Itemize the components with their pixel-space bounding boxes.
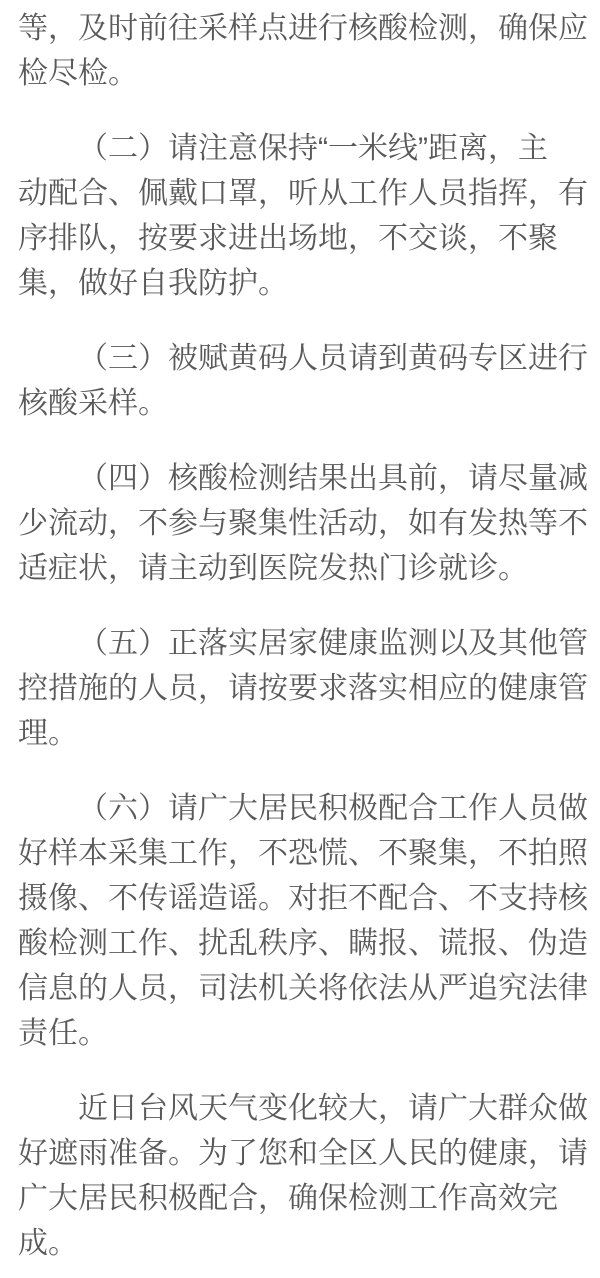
text-line: 核酸采样。: [18, 381, 590, 426]
paragraph-item-5: （五）正落实居家健康监测以及其他管 控措施的人员，请按要求落实相应的健康管 理。: [18, 621, 590, 756]
text-line: 理。: [18, 711, 590, 756]
text-line: 控措施的人员，请按要求落实相应的健康管: [18, 666, 590, 711]
text-line: 序排队，按要求进出场地，不交谈，不聚: [18, 216, 590, 261]
text-line: 好样本采集工作，不恐慌、不聚集，不拍照: [18, 831, 590, 876]
text-line: 信息的人员，司法机关将依法从严追究法律: [18, 966, 590, 1011]
text-line: 少流动，不参与聚集性活动，如有发热等不: [18, 501, 590, 546]
text-line: 集，做好自我防护。: [18, 261, 590, 306]
text-line: 酸检测工作、扰乱秩序、瞒报、谎报、伪造: [18, 921, 590, 966]
text-line: （三）被赋黄码人员请到黄码专区进行: [18, 336, 590, 381]
text-line: 摄像、不传谣造谣。对拒不配合、不支持核: [18, 876, 590, 921]
text-line: 近日台风天气变化较大，请广大群众做: [18, 1086, 590, 1131]
text-line: 动配合、佩戴口罩，听从工作人员指挥，有: [18, 171, 590, 216]
text-line: 好遮雨准备。为了您和全区人民的健康，请: [18, 1131, 590, 1176]
paragraph-item-6: （六）请广大居民积极配合工作人员做 好样本采集工作，不恐慌、不聚集，不拍照 摄像…: [18, 786, 590, 1056]
article-page: { "page": { "background": "#ffffff", "te…: [0, 0, 600, 1278]
text-line: 广大居民积极配合，确保检测工作高效完: [18, 1176, 590, 1221]
text-line: 责任。: [18, 1011, 590, 1056]
article-body: 等，及时前往采样点进行核酸检测，确保应 检尽检。 （二）请注意保持“一米线”距离…: [0, 0, 600, 1266]
text-line: 适症状，请主动到医院发热门诊就诊。: [18, 546, 590, 591]
text-line: 检尽检。: [18, 51, 590, 96]
text-line: 等，及时前往采样点进行核酸检测，确保应: [18, 6, 590, 51]
paragraph-item-4: （四）核酸检测结果出具前，请尽量减 少流动，不参与聚集性活动，如有发热等不 适症…: [18, 456, 590, 591]
paragraph-closing: 近日台风天气变化较大，请广大群众做 好遮雨准备。为了您和全区人民的健康，请 广大…: [18, 1086, 590, 1266]
text-line: （四）核酸检测结果出具前，请尽量减: [18, 456, 590, 501]
text-line: 成。: [18, 1221, 590, 1266]
text-line: （六）请广大居民积极配合工作人员做: [18, 786, 590, 831]
paragraph-item-2: （二）请注意保持“一米线”距离，主 动配合、佩戴口罩，听从工作人员指挥，有 序排…: [18, 126, 590, 306]
paragraph-item-3: （三）被赋黄码人员请到黄码专区进行 核酸采样。: [18, 336, 590, 426]
paragraph-continuation: 等，及时前往采样点进行核酸检测，确保应 检尽检。: [18, 6, 590, 96]
text-line: （二）请注意保持“一米线”距离，主: [18, 126, 590, 171]
text-line: （五）正落实居家健康监测以及其他管: [18, 621, 590, 666]
